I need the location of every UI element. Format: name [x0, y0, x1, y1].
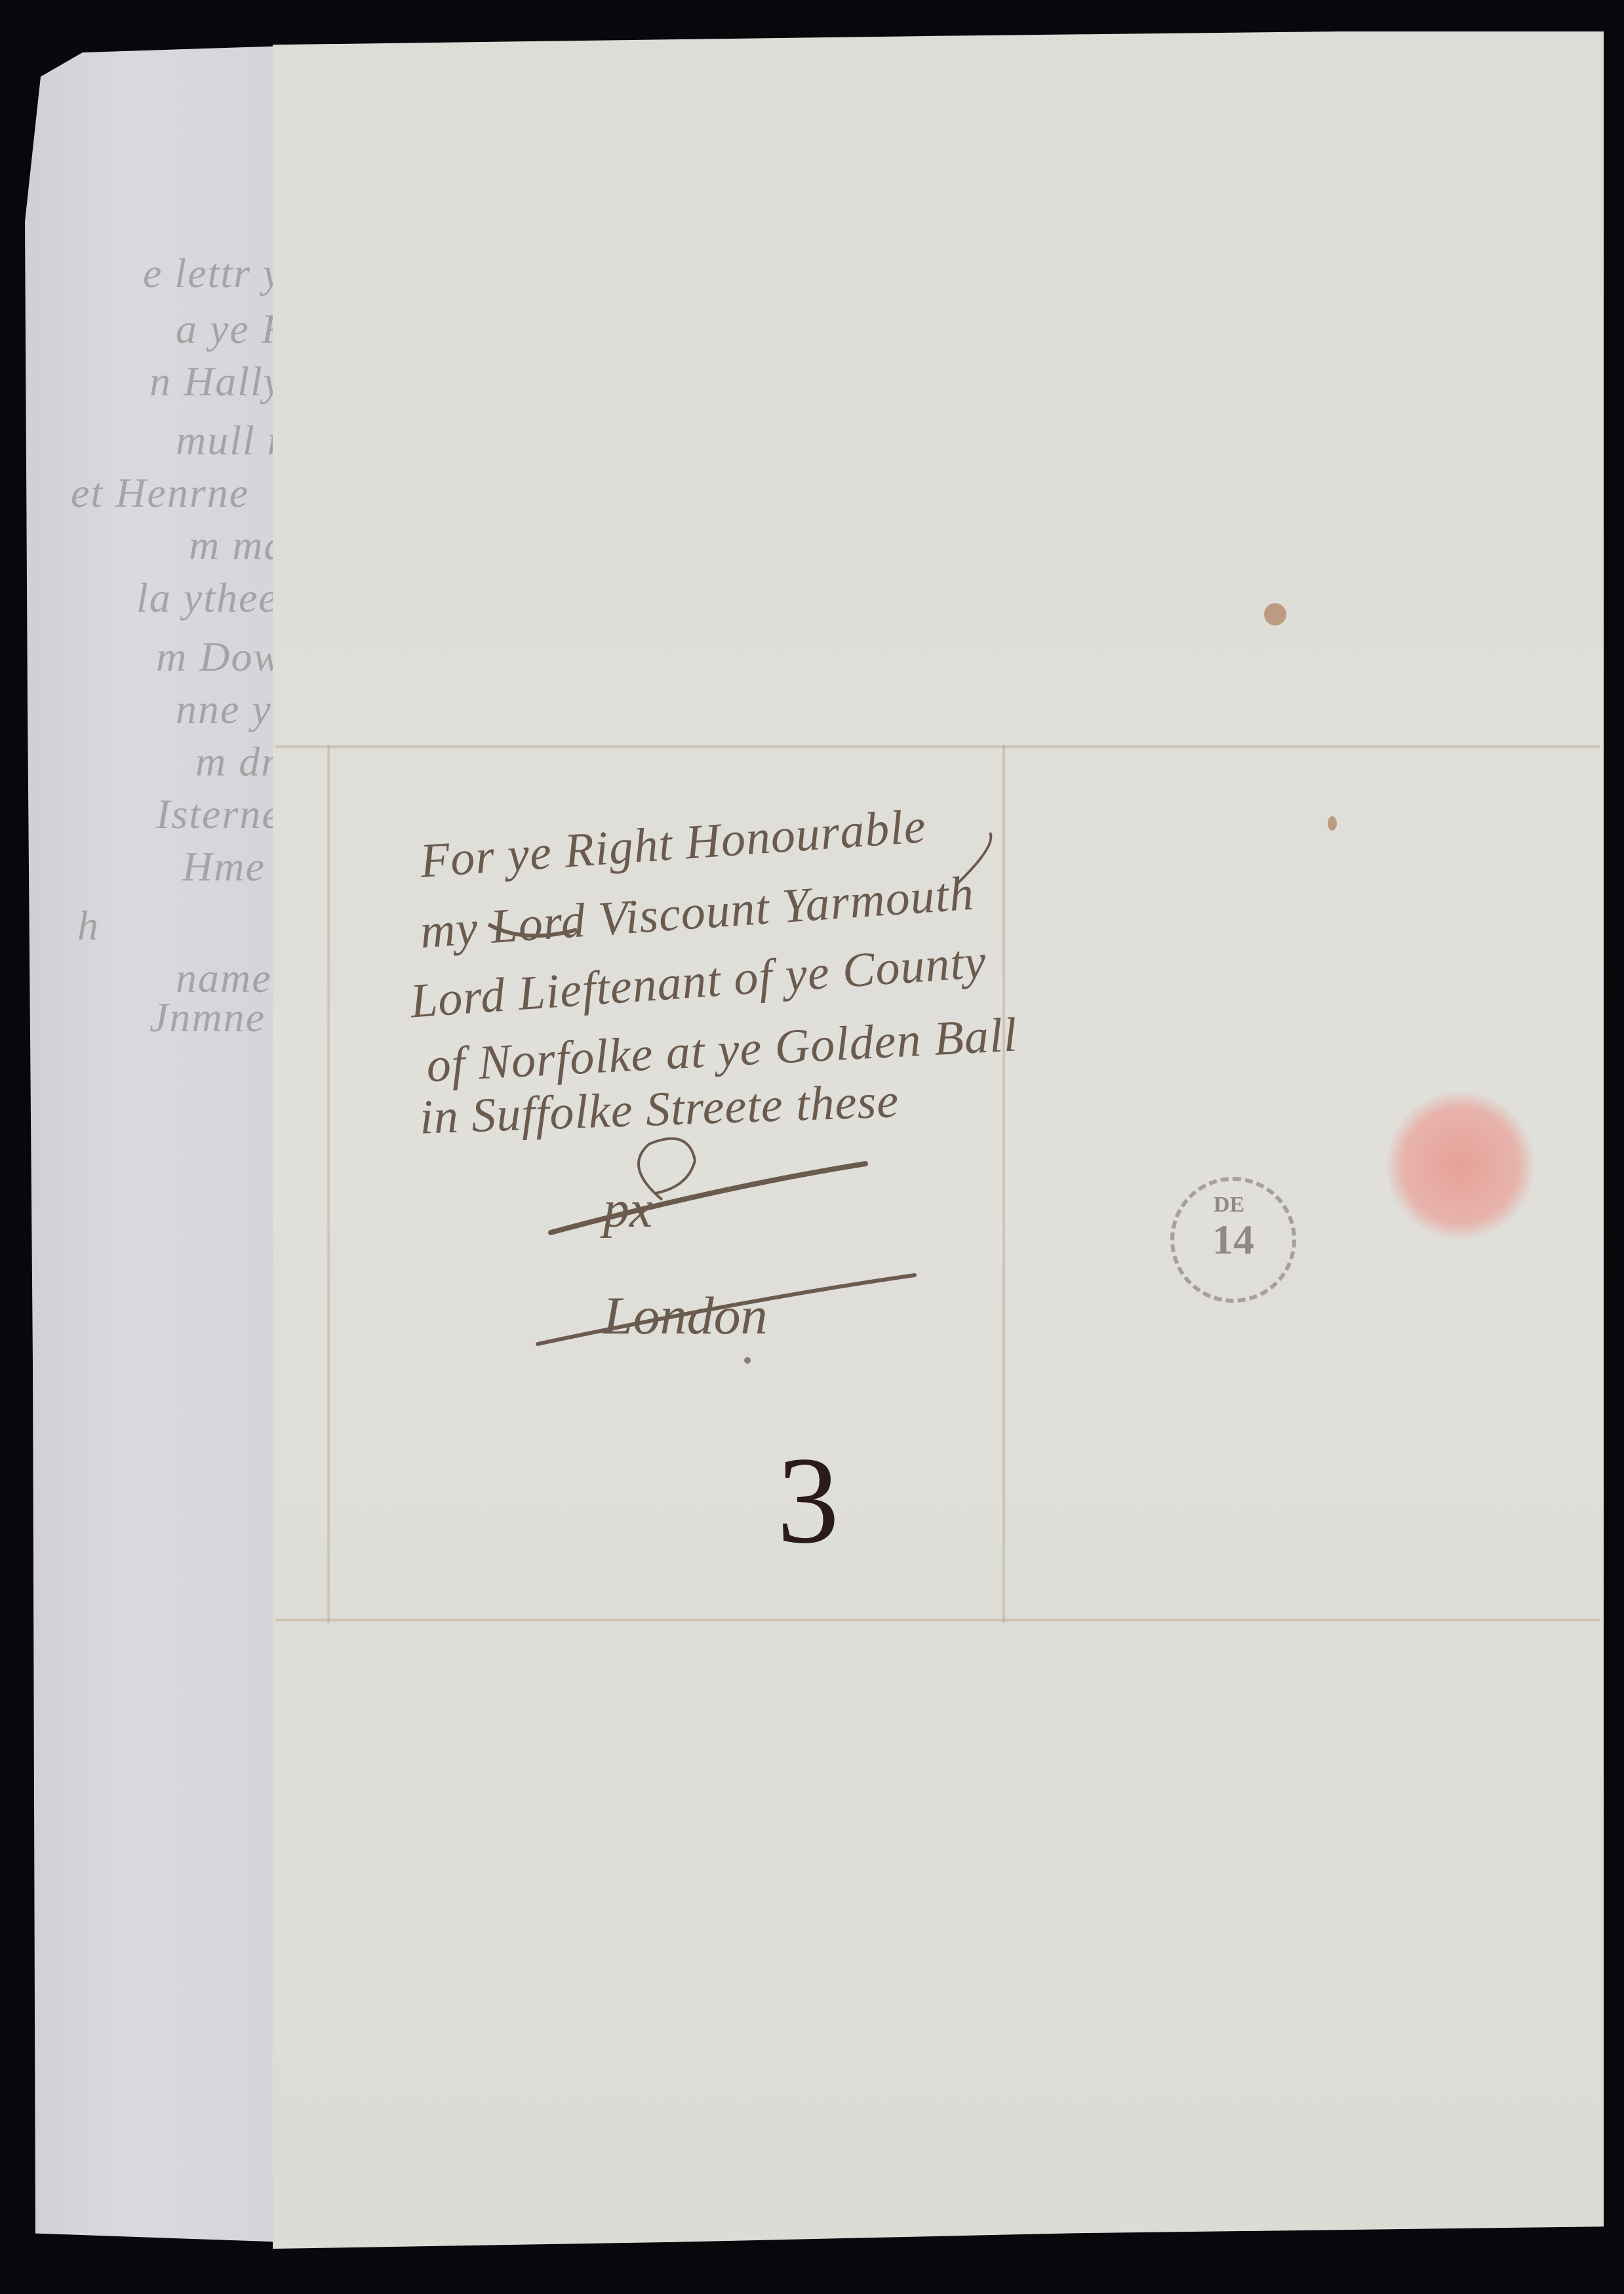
bishop-postmark: DE 14 — [1170, 1177, 1296, 1303]
stain — [744, 1357, 751, 1364]
red-seal-residue — [1387, 1092, 1534, 1239]
postmark-day: 14 — [1212, 1216, 1254, 1264]
postage-charge: 3 — [777, 1429, 839, 1572]
stain — [1264, 603, 1286, 625]
stain — [1328, 816, 1337, 831]
postmark-month: DE — [1214, 1193, 1244, 1217]
pen-flourishes — [0, 0, 1624, 2294]
